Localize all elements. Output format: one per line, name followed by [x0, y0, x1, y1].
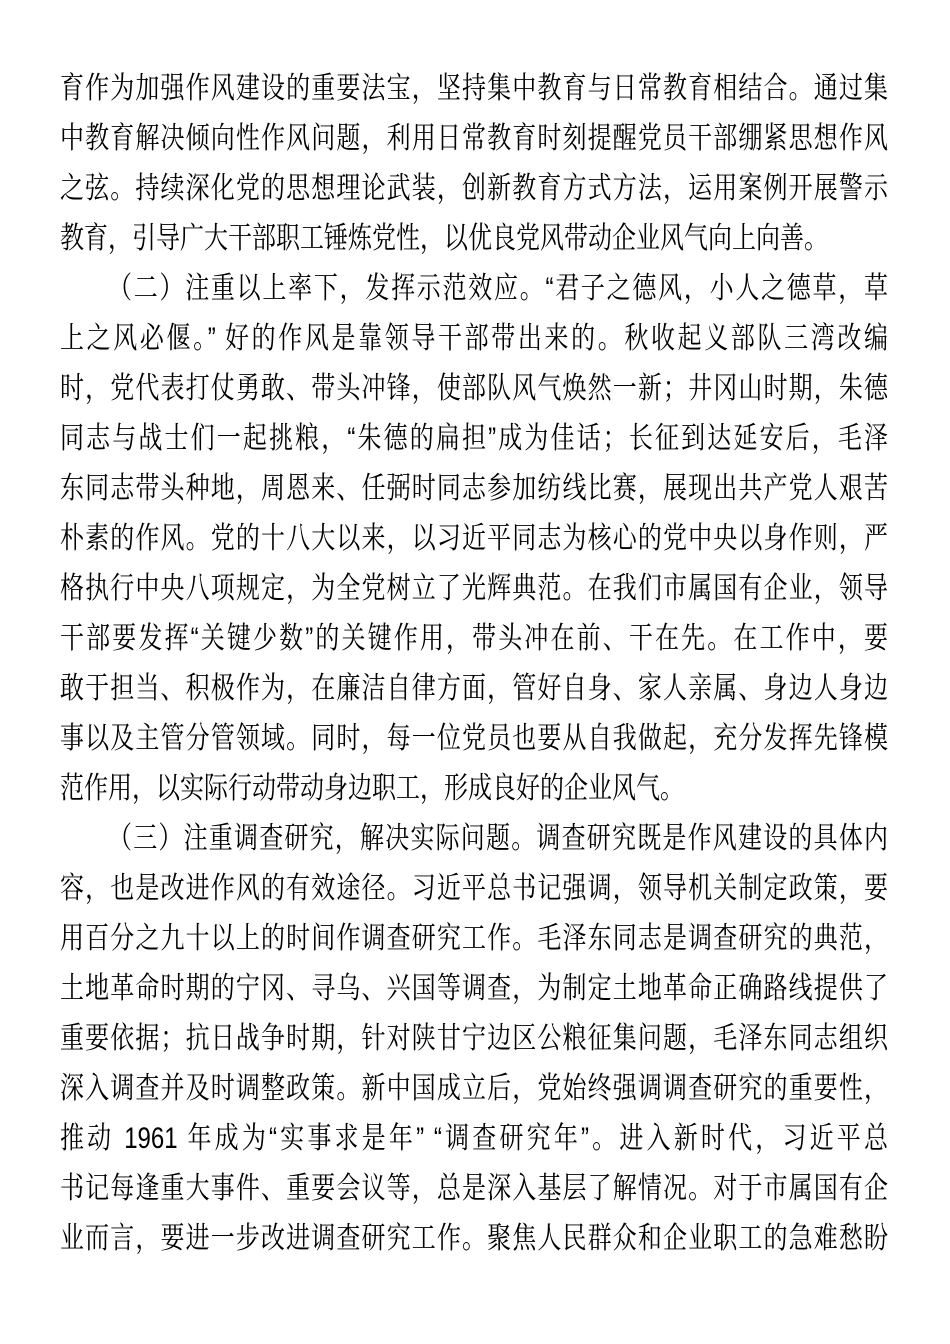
document-page: 育作为加强作风建设的重要法宝，坚持集中教育与日常教育相结合。通过集中教育解决倾向…: [0, 0, 950, 1344]
document-body: 育作为加强作风建设的重要法宝，坚持集中教育与日常教育相结合。通过集中教育解决倾向…: [60, 64, 888, 1264]
text-line: 业而言，要进一步改进调查研究工作。聚焦人民群众和企业职工的急难愁盼: [60, 1208, 888, 1271]
